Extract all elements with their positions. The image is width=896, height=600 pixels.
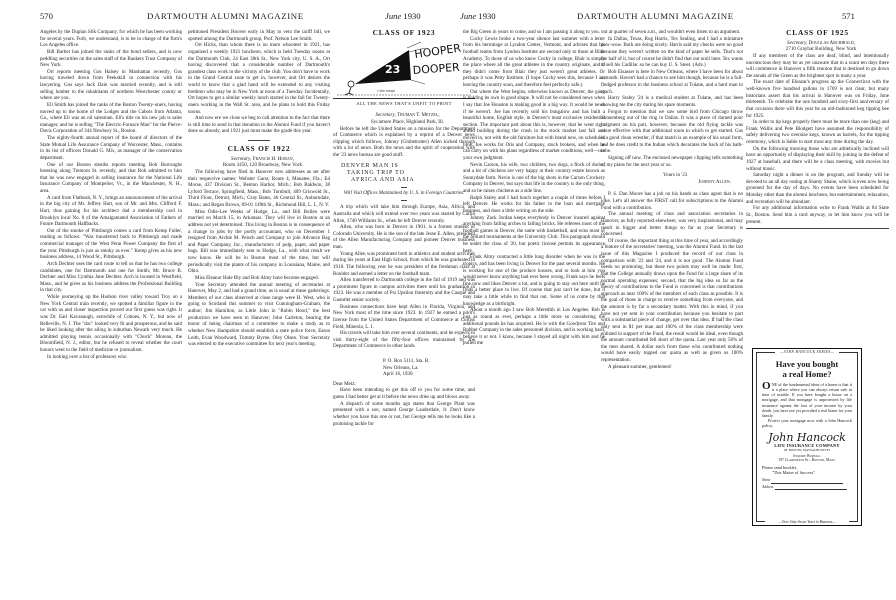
secretary-line: Secretary, Francis H. Horan,: [188, 156, 330, 163]
paragraph: In order to tip kegs properly there must…: [746, 119, 889, 146]
paragraph: Your Secretary attended the annual meeti…: [188, 282, 330, 348]
column-2: petitioned President Hoover early in May…: [188, 29, 330, 348]
column-5: out at quarter of seven a.m., and wouldn…: [601, 29, 743, 370]
ad-series-label: —JOHN HANCOCK SERIES—: [775, 350, 839, 354]
paragraph: A pleasant summer, gentlemen!: [601, 364, 743, 371]
class-heading-1923: CLASS OF 1923: [333, 30, 475, 37]
svg-text:←the mega: ←the mega: [377, 89, 395, 93]
paragraph: Signing off now. The enclosed newspaper …: [601, 155, 743, 168]
paragraph: Ralph Staley and I had lunch together a …: [463, 195, 605, 215]
column-3: CLASS OF 1923 23 HOOPER DOOPER ←the mega…: [333, 26, 475, 427]
letter-closing: Yours in '23: [663, 172, 743, 179]
ad-inner-border: —JOHN HANCOCK SERIES— Have you bought a …: [756, 352, 858, 522]
logo-word-1: HOOPER: [414, 41, 463, 60]
paragraph: Cocky Lewis broke a two-year silence las…: [463, 36, 605, 89]
column-4: the Big Green in years to come, and so I…: [463, 29, 605, 347]
ad-address: 197 Clarendon St., Boston, Mass.: [757, 458, 857, 462]
paragraph: Angeles by the Duplan Silk Company, for …: [40, 29, 182, 49]
paragraph: The annual meeting of class and associat…: [601, 211, 743, 238]
paragraph: A dispatch of some months ago states tha…: [333, 401, 475, 428]
paragraph: The eighty-fourth annual report of the b…: [40, 135, 182, 162]
paragraph: His travels will take him over several c…: [333, 330, 475, 350]
paragraph: Miss Odie-Lee Weeks of Hodge, La., and B…: [188, 209, 330, 275]
secretary-line: Secretary, Douglas Archibald,: [746, 40, 889, 47]
magazine-spread: 570 DARTMOUTH ALUMNI MAGAZINE June 1930 …: [0, 0, 896, 600]
paragraph: Frank Almy contracted a little lung diso…: [463, 254, 605, 307]
paragraph: Have been intending to get this off to y…: [333, 387, 475, 400]
secretary-address: Sycamore Place, Highland Park, Ill.: [333, 119, 475, 126]
right-running-header: June 1930 DARTMOUTH ALUMNI MAGAZINE 571: [448, 0, 896, 20]
paragraph: About a month ago I saw Bob Meredith in …: [463, 307, 605, 347]
paragraph: A card from Flatbush, N. Y., brings an a…: [40, 195, 182, 228]
paragraph: out at quarter of seven a.m., and wouldn…: [601, 29, 743, 36]
right-page-number: 571: [842, 6, 855, 26]
secretary-line: Secretary, Truman T. Metzel,: [333, 112, 475, 119]
paragraph: In Dallas, Texas, Rog Harris, Tex Sealin…: [601, 36, 743, 69]
class-heading-1925: CLASS OF 1925: [746, 30, 889, 37]
paragraph: In looking over a list of professors who: [40, 354, 182, 361]
letter-address: P. O. Box 5111, Sta. B, New Orleans, La.…: [383, 358, 475, 378]
column-1: Angeles by the Duplan Silk Company, for …: [40, 29, 182, 360]
hooper-dooper-logo: 23 HOOPER DOOPER ←the mega: [333, 40, 475, 96]
ad-company-location: OF BOSTON, MASSACHUSETTS: [757, 448, 857, 452]
paragraph: petitioned President Hoover early in May…: [188, 29, 330, 42]
clipping-deck: Will Visit Offices Maintained by U. S. i…: [333, 190, 475, 197]
pennant-number: 23: [385, 63, 400, 76]
paragraph: One of our Boston sleuths reports meetin…: [40, 162, 182, 195]
paragraph: On the following morning those who are a…: [746, 146, 889, 173]
paragraph: Bob Elsasser is here in New Orleans, whe…: [601, 69, 743, 96]
right-issue-date: June 1930: [460, 6, 496, 26]
paragraph: Eli Smith has joined the ranks of the Bo…: [40, 102, 182, 135]
clipping-headline: DENVER MAN IS TAKING TRIP TO AFRICA AND …: [341, 163, 475, 184]
paragraph: Arch Dechter uses the card route to tell…: [40, 261, 182, 294]
paragraph: Harry Staley '24 is a medical student at…: [601, 95, 743, 108]
paragraph: Business connections have kept Allen in …: [333, 304, 475, 331]
right-running-title: DARTMOUTH ALUMNI MAGAZINE: [577, 6, 734, 26]
paragraph: Out of the smoke of Pittsburgh comes a c…: [40, 228, 182, 261]
john-hancock-signature-logo: John Hancock: [757, 432, 857, 443]
paragraph: If any members of the class are deaf, bl…: [746, 53, 889, 80]
paragraph: For any additional information write to …: [746, 205, 889, 225]
ad-coupon: Please send booklet, "This Matter of Suc…: [762, 465, 852, 491]
logo-word-2: DOOPER: [412, 60, 460, 76]
paragraph: Before he left the United States on a mi…: [333, 126, 475, 159]
paragraph: the Big Green in years to come, and so I…: [463, 29, 605, 36]
coupon-address-field[interactable]: Address: [762, 484, 852, 490]
left-page-number: 570: [40, 6, 53, 26]
letter-signature: Johnny Allen.: [601, 179, 731, 186]
paragraph: Johnny Zack Jordan keeps everybody in De…: [463, 215, 605, 255]
paragraph: The following have filed in Hanover new …: [188, 169, 330, 209]
secretary-address: 2710 Graybar Building, New York: [746, 46, 889, 53]
ad-dropcap: O: [762, 382, 771, 391]
logo-tagline: ALL THE NEWS THAT'S UNFIT TO PRINT: [333, 98, 475, 108]
ad-footer: —Over Sixty-Seven Years in Business—: [765, 520, 849, 524]
column-6: CLASS OF 1925 Secretary, Douglas Archiba…: [746, 26, 889, 229]
paragraph: Bill Barber has joined the ranks of the …: [40, 49, 182, 69]
headline-divider: [401, 187, 407, 188]
paragraph: Saturday night a dinner is on the progra…: [746, 172, 889, 205]
paragraph: P. S. Dan Moore has a job on his hands a…: [601, 191, 743, 211]
paragraph: The exact date of Eleazar's progress up …: [746, 79, 889, 119]
ad-headline: Have you bought a real Home?: [757, 360, 857, 379]
ad-body: ONE of the fundamental ideas of a home i…: [762, 382, 852, 428]
left-running-title: DARTMOUTH ALUMNI MAGAZINE: [147, 6, 304, 26]
left-issue-date: June 1930: [385, 6, 421, 26]
paragraph: Ort reports meeting Gos Halsey in Manhat…: [40, 69, 182, 102]
megaphone-pennant-icon: 23 HOOPER DOOPER ←the mega: [333, 40, 475, 96]
paragraph: Nevin Carson, his wife, two children, tw…: [463, 162, 605, 195]
paragraph: Of course, the important thing at this t…: [601, 238, 743, 364]
coupon-name-field[interactable]: Name: [762, 477, 852, 483]
paragraph: And now ere we close we beg to call atte…: [188, 115, 330, 135]
john-hancock-advertisement: —JOHN HANCOCK SERIES— Have you bought a …: [752, 348, 862, 526]
paragraph: A trip which will take him through Europ…: [333, 204, 475, 224]
secretary-address: Room 3450, 120 Broadway, New York: [188, 162, 330, 169]
ad-separator-rule: [746, 228, 889, 229]
section-divider: [248, 140, 270, 141]
paragraph: Miss Eleanor Hale Bly and Bob Almy have …: [188, 275, 330, 282]
paragraph: Ort Hicks, than whom there is no more wh…: [188, 42, 330, 115]
paragraph: Out where the West begins, otherwise kno…: [463, 89, 605, 162]
class-heading-1922: CLASS OF 1922: [188, 146, 330, 153]
left-running-header: 570 DARTMOUTH ALUMNI MAGAZINE June 1930: [0, 0, 448, 20]
paragraph: Young Allen was prominent both in athlet…: [333, 251, 475, 278]
paragraph: While journeying up the Hudson river val…: [40, 294, 182, 354]
paragraph: Allen, who was born in Denver in 1901, i…: [333, 224, 475, 251]
paragraph: Forgot to mention that we saw some bird …: [601, 109, 743, 155]
paragraph: Allen transferred to Dartmouth college i…: [333, 277, 475, 304]
deck-divider: [401, 200, 407, 201]
